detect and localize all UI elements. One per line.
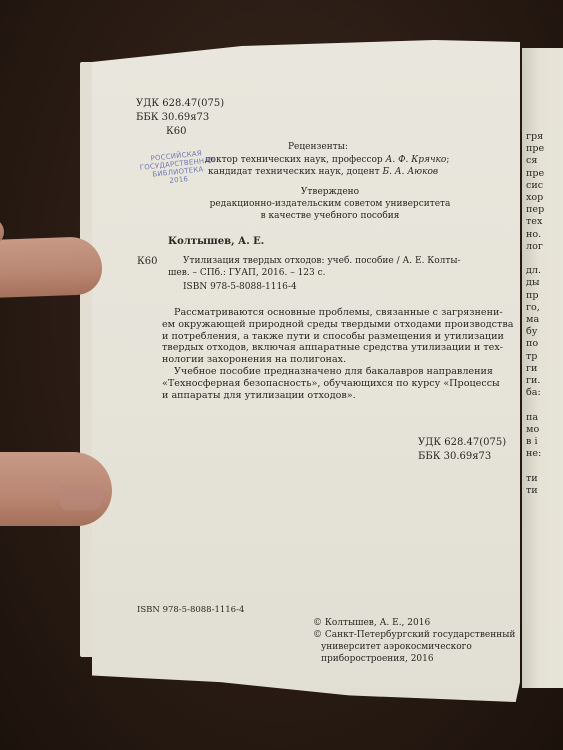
- facing-page-fragment: ды: [526, 277, 540, 289]
- copyright-publisher-l2: университет аэрокосмического: [321, 642, 472, 653]
- facing-page-fragment: мо: [526, 424, 539, 436]
- facing-page-fragment: тех: [526, 216, 542, 228]
- copyright-publisher-l1: © Санкт-Петербургский государственный: [313, 630, 515, 641]
- facing-page-fragment: ги.: [526, 375, 540, 387]
- facing-page-fragment: сис: [526, 180, 543, 192]
- reviewer-2-name: Б. А. Аюков: [382, 167, 438, 177]
- reviewer-2-title: кандидат технических наук, доцент: [208, 167, 382, 177]
- reviewers-title: Рецензенты:: [288, 142, 348, 153]
- reviewer-1: доктор технических наук, профессор А. Ф.…: [205, 155, 449, 166]
- bib-isbn: ISBN 978-5-8088-1116-4: [183, 282, 297, 293]
- facing-page-fragment: пер: [526, 204, 544, 216]
- abstract-line: «Техносферная безопасность», обучающихся…: [162, 378, 520, 390]
- abstract-line: и потребления, а также пути и способы ра…: [162, 331, 520, 343]
- bib-line-1: Утилизация твердых отходов: учеб. пособи…: [183, 256, 461, 267]
- facing-page-fragment: по: [526, 338, 538, 350]
- abstract: Рассматриваются основные проблемы, связа…: [162, 307, 520, 401]
- abstract-line: ем окружающей природной среды твердыми о…: [162, 319, 520, 331]
- abstract-line: нологии захоронения на полигонах.: [162, 354, 520, 366]
- facing-page-fragment: ся: [526, 155, 537, 167]
- reviewer-1-title: доктор технических наук, профессор: [205, 155, 386, 165]
- facing-page-fragment: дл.: [526, 265, 541, 277]
- bib-line-2: шев. – СПб.: ГУАП, 2016. – 123 с.: [168, 268, 326, 279]
- bbk-code: ББК 30.69я73: [136, 112, 209, 124]
- reviewer-1-punct: ;: [446, 155, 449, 165]
- facing-page-fragment: ти: [526, 485, 538, 497]
- copyright-author: © Колтышев, А. Е., 2016: [313, 618, 430, 629]
- approval-line-3: в качестве учебного пособия: [200, 211, 460, 222]
- fingernail: [60, 484, 104, 510]
- facing-page-fragment: пр: [526, 290, 539, 302]
- facing-page-fragment: бу: [526, 326, 537, 338]
- approval-title: Утверждено: [200, 187, 460, 198]
- facing-page-fragment: в і: [526, 436, 538, 448]
- abstract-line: Учебное пособие предназначено для бакала…: [162, 366, 520, 378]
- facing-page-fragment: пре: [526, 168, 544, 180]
- udk-code: УДК 628.47(075): [136, 98, 224, 110]
- facing-page-fragment: не:: [526, 448, 541, 460]
- author-sign: К60: [166, 126, 186, 138]
- finger-upper: [0, 236, 103, 298]
- footer-isbn: ISBN 978-5-8088-1116-4: [137, 605, 244, 615]
- udk-code-bottom: УДК 628.47(075): [418, 437, 506, 449]
- author-heading: Колтышев, А. Е.: [168, 236, 264, 248]
- abstract-line: твердых отходов, включая аппаратные сред…: [162, 342, 520, 354]
- bbk-code-bottom: ББК 30.69я73: [418, 451, 491, 463]
- abstract-line: Рассматриваются основные проблемы, связа…: [162, 307, 520, 319]
- facing-page-fragment: го,: [526, 302, 540, 314]
- copyright-publisher-l3: приборостроения, 2016: [321, 654, 434, 665]
- facing-page-fragment: ги: [526, 363, 537, 375]
- facing-page-fragment: па: [526, 412, 538, 424]
- facing-page-fragment: хор: [526, 192, 543, 204]
- abstract-line: и аппараты для утилизации отходов».: [162, 390, 520, 402]
- reviewer-1-name: А. Ф. Крячко: [386, 155, 447, 165]
- facing-page-fragment: ба:: [526, 387, 541, 399]
- reviewer-2: кандидат технических наук, доцент Б. А. …: [208, 167, 438, 178]
- facing-page-fragment: ма: [526, 314, 539, 326]
- facing-page-fragment: лог: [526, 241, 543, 253]
- facing-page-fragment: ти: [526, 473, 538, 485]
- approval-line-2: редакционно-издательским советом универс…: [200, 199, 460, 210]
- facing-page-fragment: но.: [526, 229, 541, 241]
- facing-page-fragment: пре: [526, 143, 544, 155]
- facing-page-fragment: тр: [526, 351, 537, 363]
- author-sign-bib: К60: [137, 256, 157, 268]
- facing-page-fragment: гря: [526, 131, 543, 143]
